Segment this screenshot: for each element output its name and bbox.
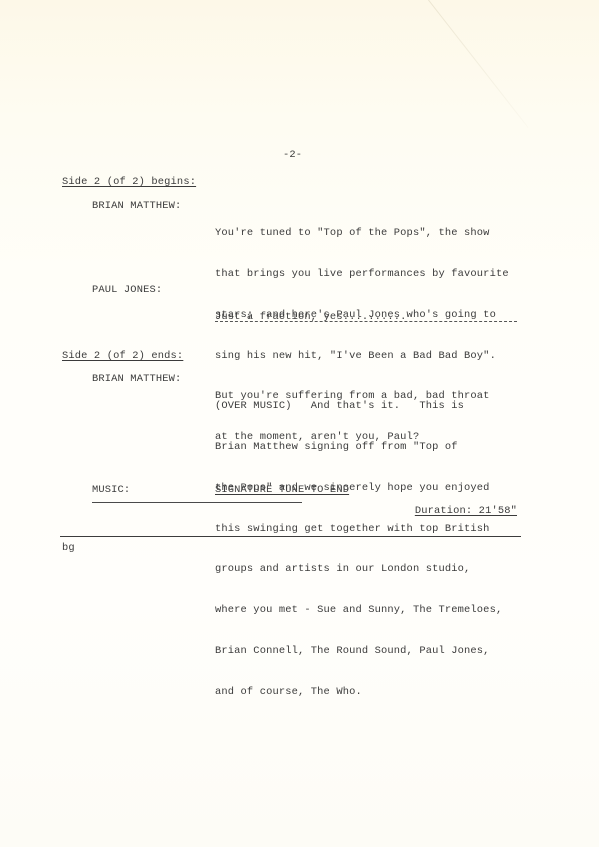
dialogue-line: Brian Matthew signing off from "Top of [215, 441, 502, 455]
music-label: MUSIC: [92, 484, 130, 498]
music-cue: SIGNATURE TUNE TO END [215, 484, 349, 498]
dialogue-block: (OVER MUSIC) And that's it. This is Bria… [215, 373, 502, 713]
speaker-label: BRIAN MATTHEW: [92, 200, 181, 214]
dialogue-line: sing his new hit, "I've Been a Bad Bad B… [215, 350, 509, 364]
dialogue-line: and of course, The Who. [215, 686, 502, 700]
dialogue-line: (OVER MUSIC) And that's it. This is [215, 400, 502, 414]
side-begins-heading: Side 2 (of 2) begins: [62, 176, 196, 190]
end-rule [60, 536, 521, 537]
dialogue-line: Brian Connell, The Round Sound, Paul Jon… [215, 645, 502, 659]
speaker-label: PAUL JONES: [92, 284, 162, 298]
music-underline [92, 502, 302, 503]
dialogue-line: Just a fraction, yes.......... [215, 311, 407, 325]
page-number: -2- [283, 149, 302, 163]
dialogue-line: groups and artists in our London studio, [215, 563, 502, 577]
duration: Duration: 21'58" [415, 505, 517, 519]
dialogue-line: that brings you live performances by fav… [215, 268, 509, 282]
speaker-label: BRIAN MATTHEW: [92, 373, 181, 387]
dashed-divider [215, 321, 517, 322]
dialogue-line: You're tuned to "Top of the Pops", the s… [215, 227, 509, 241]
side-ends-heading: Side 2 (of 2) ends: [62, 350, 183, 364]
dialogue-line: this swinging get together with top Brit… [215, 523, 502, 537]
dialogue-block: Just a fraction, yes.......... [215, 284, 407, 338]
dialogue-line: where you met - Sue and Sunny, The Treme… [215, 604, 502, 618]
typist-initials: bg [62, 542, 75, 556]
